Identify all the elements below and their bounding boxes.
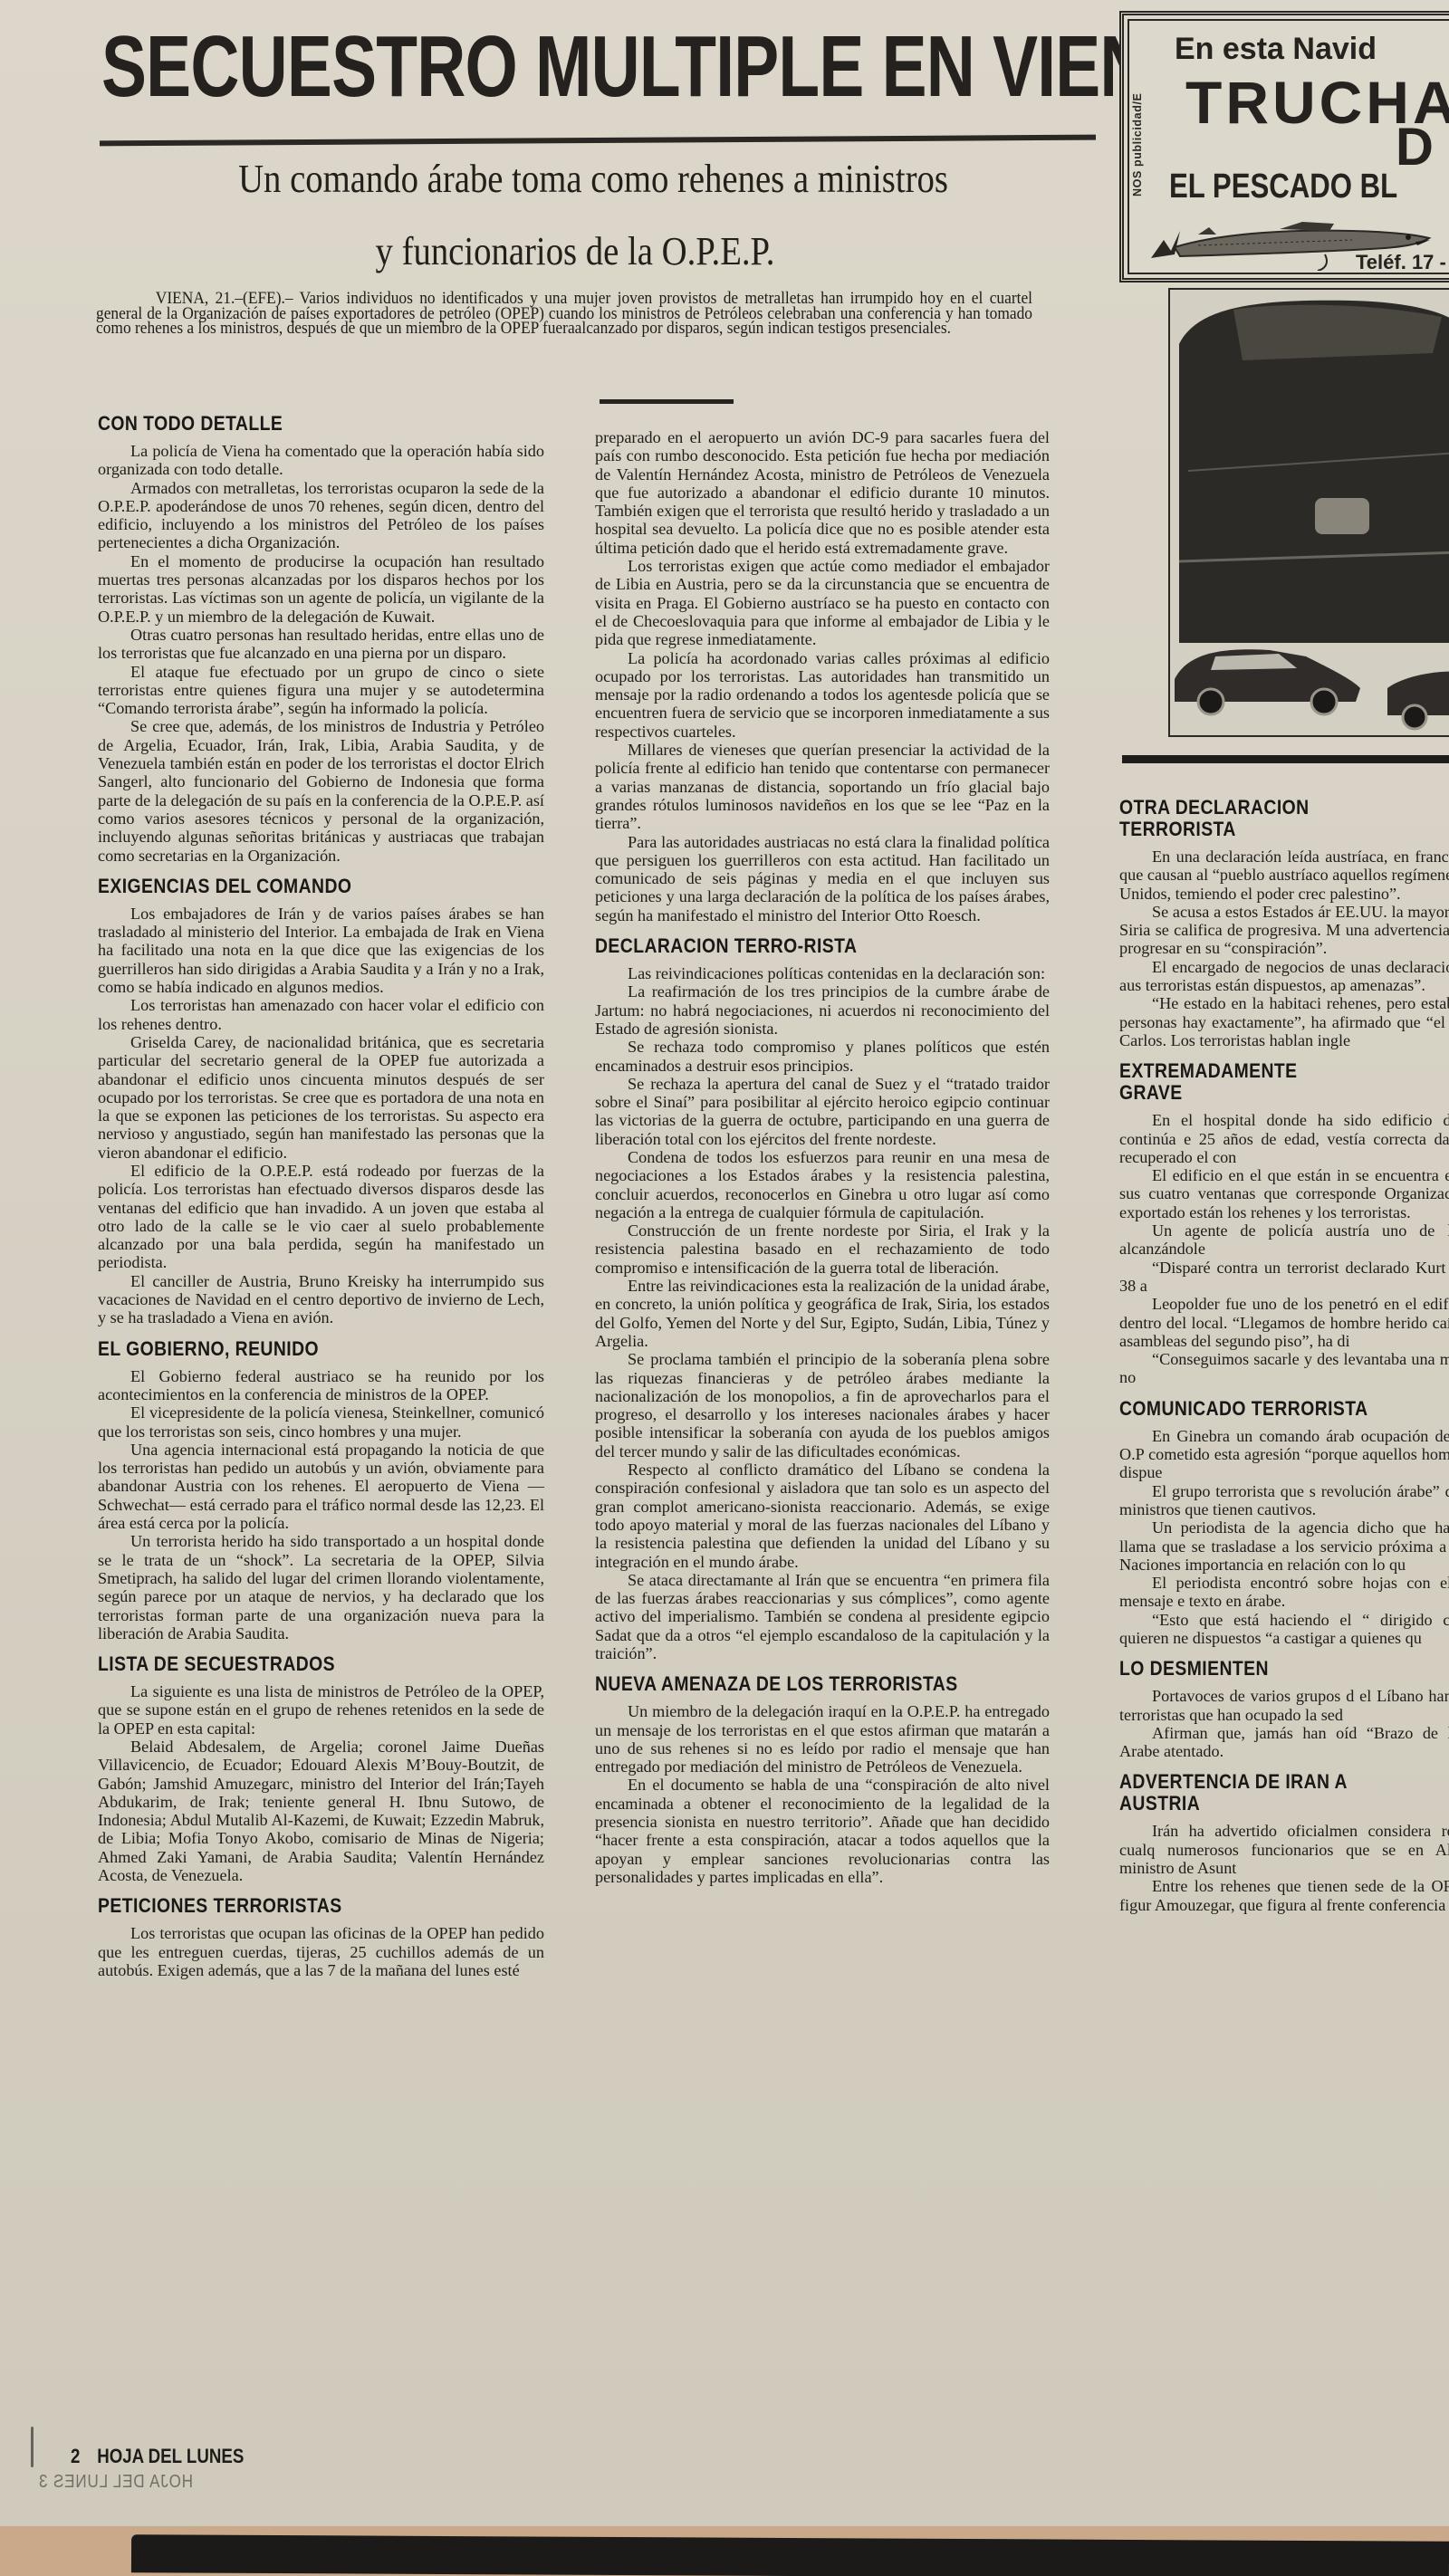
paragraph: La policía de Viena ha comentado que la … — [98, 442, 544, 479]
ad-title-2: D — [1396, 117, 1434, 177]
paragraph: Otras cuatro personas han resultado heri… — [98, 626, 544, 663]
car-photo — [1168, 288, 1449, 737]
paragraph: El vicepresidente de la policía vienesa,… — [98, 1403, 544, 1441]
paragraph: La policía ha acordonado varias calles p… — [595, 649, 1050, 741]
paragraph: El edificio de la O.P.E.P. está rodeado … — [98, 1162, 544, 1272]
paragraph: La reafirmación de los tres principios d… — [595, 982, 1050, 1038]
paragraph: Se ataca directamante al Irán que se enc… — [595, 1571, 1050, 1662]
paragraph: El periodista encontró sobre hojas con e… — [1119, 1574, 1449, 1611]
paragraph: Se cree que, además, de los ministros de… — [98, 717, 544, 864]
ad-agency-label: NOS publicidad/E — [1131, 70, 1153, 196]
ad-phone: Teléf. 17 - — [1356, 251, 1446, 274]
paragraph: “Esto que está haciendo el “ dirigido co… — [1119, 1611, 1449, 1648]
paragraph: “He estado en la habitaci rehenes, pero … — [1119, 994, 1449, 1049]
paragraph: Se proclama también el principio de la s… — [595, 1350, 1050, 1460]
paragraph: La siguiente es una lista de ministros d… — [98, 1682, 544, 1738]
paragraph: Un terrorista herido ha sido transportad… — [98, 1532, 544, 1642]
article-column-1: CON TODO DETALLE La policía de Viena ha … — [98, 413, 544, 1979]
section-divider — [1122, 755, 1449, 763]
paragraph: Los embajadores de Irán y de varios país… — [98, 905, 544, 996]
paragraph: Afirman que, jamás han oíd “Brazo de la … — [1119, 1724, 1449, 1761]
paragraph: Se rechaza la apertura del canal de Suez… — [595, 1075, 1050, 1148]
paragraph: Griselda Carey, de nacionalidad británic… — [98, 1033, 544, 1162]
margin-mark — [31, 2427, 34, 2467]
subheadline-line-1: Un comando árabe toma como rehenes a min… — [167, 156, 1020, 202]
article-column-3-clip: OTRA DECLARACION TERRORISTA En una decla… — [1119, 786, 1449, 2416]
headline: SECUESTRO MULTIPLE EN VIENA — [101, 22, 873, 112]
paragraph: Millares de vieneses que querían presenc… — [595, 741, 1050, 832]
paragraph: “Disparé contra un terrorist declarado K… — [1119, 1259, 1449, 1296]
paragraph: Entre las reivindicaciones esta la reali… — [595, 1277, 1050, 1350]
section-heading: EL GOBIERNO, REUNIDO — [98, 1338, 491, 1360]
lead-paragraph: VIENA, 21.–(EFE).– Varios individuos no … — [96, 292, 1032, 337]
paragraph: El Gobierno federal austriaco se ha reun… — [98, 1367, 544, 1404]
section-heading: DECLARACION TERRO-RISTA — [595, 935, 995, 957]
paragraph: Un periodista de la agencia dicho que ha… — [1119, 1518, 1449, 1574]
page-folio: 2 HOJA DEL LUNES — [71, 2445, 244, 2468]
headline-rule — [100, 135, 1096, 147]
paragraph: Las reivindicaciones políticas contenida… — [595, 964, 1050, 982]
paragraph: Armados con metralletas, los terroristas… — [98, 479, 544, 552]
paragraph: En el hospital donde ha sido edificio de… — [1119, 1111, 1449, 1166]
paragraph: Respecto al conflicto dramático del Líba… — [595, 1460, 1050, 1571]
section-heading: PETICIONES TERRORISTAS — [98, 1895, 491, 1917]
paragraph: Una agencia internacional está propagand… — [98, 1441, 544, 1532]
paragraph: Un agente de policía austría uno de los … — [1119, 1221, 1449, 1259]
section-heading: COMUNICADO TERRORISTA — [1119, 1398, 1449, 1420]
page-number: 2 — [71, 2445, 80, 2467]
paragraph: Irán ha advertido oficialmen considera r… — [1119, 1822, 1449, 1877]
paragraph: En Ginebra un comando árab ocupación de … — [1119, 1427, 1449, 1482]
paragraph: El canciller de Austria, Bruno Kreisky h… — [98, 1272, 544, 1327]
ad-subtitle: EL PESCADO BL — [1169, 168, 1397, 206]
paragraph: Construcción de un frente nordeste por S… — [595, 1221, 1050, 1277]
paragraph: Leopolder fue uno de los penetró en el e… — [1119, 1295, 1449, 1350]
bleed-through-text: HOJA DEL LUNES 3 — [38, 2472, 193, 2493]
paragraph: En el documento se habla de una “conspir… — [595, 1776, 1050, 1886]
publication-name: HOJA DEL LUNES — [97, 2445, 244, 2467]
paragraph: Un miembro de la delegación iraquí en la… — [595, 1702, 1050, 1776]
paragraph: “Conseguimos sacarle y des levantaba una… — [1119, 1350, 1449, 1387]
car-icon — [1170, 290, 1449, 735]
continued-paragraph: preparado en el aeropuerto un avión DC-9… — [595, 428, 1050, 557]
dark-object-edge — [131, 2534, 1449, 2576]
paragraph: Los terroristas han amenazado con hacer … — [98, 996, 544, 1033]
subheadline-line-2: y funcionarios de la O.P.E.P. — [149, 228, 1002, 274]
ad-tagline: En esta Navid — [1175, 32, 1377, 67]
article-column-2: preparado en el aeropuerto un avión DC-9… — [595, 428, 1050, 1886]
paragraph: El grupo terrorista que s revolución ára… — [1119, 1482, 1449, 1519]
section-divider — [600, 399, 734, 404]
newspaper-page: SECUESTRO MULTIPLE EN VIENA Un comando á… — [0, 0, 1449, 2526]
paragraph: Se rechaza todo compromiso y planes polí… — [595, 1038, 1050, 1075]
paragraph: En el momento de producirse la ocupación… — [98, 552, 544, 626]
paragraph: Para las autoridades austriacas no está … — [595, 833, 1050, 924]
section-heading: OTRA DECLARACION TERRORISTA — [1119, 797, 1327, 840]
section-heading: CON TODO DETALLE — [98, 413, 491, 435]
paragraph: Los terroristas que ocupan las oficinas … — [98, 1924, 544, 1979]
paragraph: Los terroristas exigen que actúe como me… — [595, 557, 1050, 648]
section-heading: LISTA DE SECUESTRADOS — [98, 1653, 491, 1675]
paragraph: El encargado de negocios de unas declara… — [1119, 958, 1449, 995]
article-column-3: OTRA DECLARACION TERRORISTA En una decla… — [1119, 797, 1449, 1914]
paragraph: Condena de todos los esfuerzos para reun… — [595, 1148, 1050, 1221]
advertisement-trout: NOS publicidad/E En esta Navid TRUCHA D … — [1119, 11, 1449, 282]
section-heading: ADVERTENCIA DE IRAN A AUSTRIA — [1119, 1771, 1358, 1815]
section-heading: EXTREMADAMENTE GRAVE — [1119, 1060, 1327, 1104]
section-heading: LO DESMIENTEN — [1119, 1658, 1449, 1680]
paragraph: Se acusa a estos Estados ár EE.UU. la ma… — [1119, 903, 1449, 958]
paragraph: El edificio en el que están in se encuen… — [1119, 1166, 1449, 1221]
section-heading: EXIGENCIAS DEL COMANDO — [98, 876, 491, 897]
section-heading: NUEVA AMENAZA DE LOS TERRORISTAS — [595, 1673, 995, 1695]
paragraph: El ataque fue efectuado por un grupo de … — [98, 663, 544, 718]
paragraph: Belaid Abdesalem, de Argelia; coronel Ja… — [98, 1738, 544, 1884]
paragraph: Entre los rehenes que tienen sede de la … — [1119, 1877, 1449, 1914]
paragraph: En una declaración leída austríaca, en f… — [1119, 847, 1449, 903]
paragraph: Portavoces de varios grupos d el Líbano … — [1119, 1687, 1449, 1724]
